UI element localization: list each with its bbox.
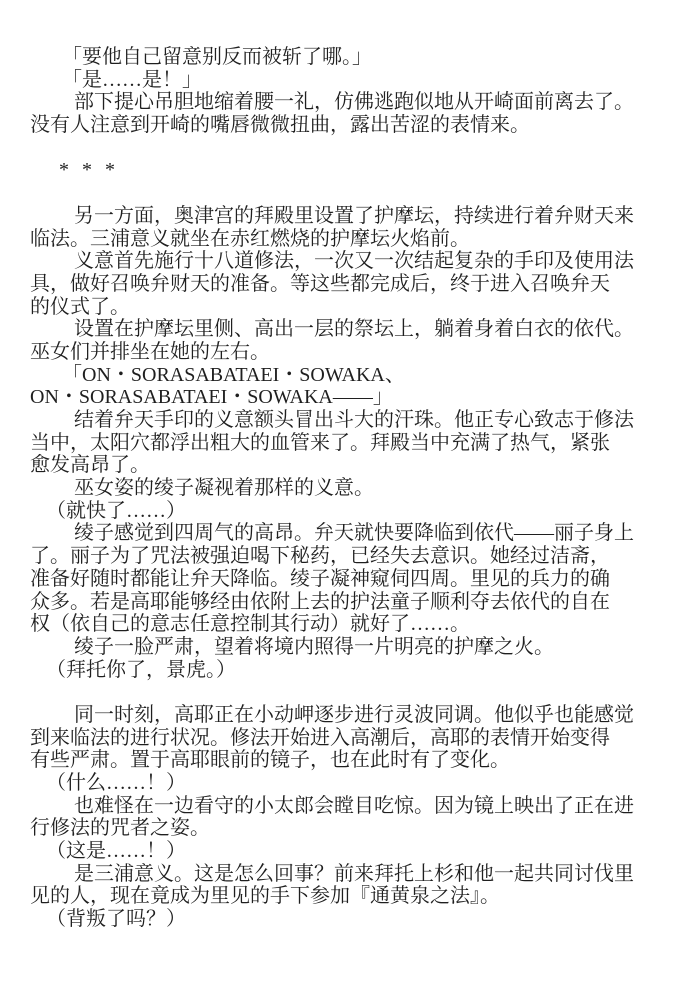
text-line: 见的人，现在竟成为里见的手下参加『通黄泉之法』。 [30, 885, 680, 908]
text-line: 没有人注意到开崎的嘴唇微微扭曲，露出苦涩的表情来。 [30, 114, 680, 137]
text-line: 临法。三浦意义就坐在赤红燃烧的护摩坛火焰前。 [30, 228, 680, 251]
text-block: 「要他自己留意别反而被斩了哪。」「是……是！」部下提心吊胆地缩着腰一礼，仿佛逃跑… [30, 46, 680, 931]
text-line: 愈发高昂了。 [30, 454, 680, 477]
text-line: 部下提心吊胆地缩着腰一礼，仿佛逃跑似地从开崎面前离去了。 [30, 91, 680, 114]
text-line: （拜托你了，景虎。） [30, 659, 680, 682]
text-line: 「是……是！」 [30, 69, 680, 92]
text-line [30, 681, 680, 704]
text-line: 到来临法的进行状况。修法开始进入高潮后，高耶的表情开始变得 [30, 727, 680, 750]
text-line: 众多。若是高耶能够经由依附上去的护法童子顺利夺去依代的自在 [30, 591, 680, 614]
text-line: 绫子感觉到四周气的高昂。弁天就快要降临到依代——丽子身上 [30, 522, 680, 545]
text-line: 具，做好召唤弁财天的准备。等这些都完成后，终于进入召唤弁天 [30, 273, 680, 296]
text-line: 结着弁天手印的义意额头冒出斗大的汗珠。他正专心致志于修法 [30, 409, 680, 432]
text-line: （这是……！） [30, 840, 680, 863]
text-line: （就快了……） [30, 500, 680, 523]
text-line: 另一方面，奥津宫的拜殿里设置了护摩坛，持续进行着弁财天来 [30, 205, 680, 228]
text-line: 绫子一脸严肃，望着将境内照得一片明亮的护摩之火。 [30, 636, 680, 659]
text-line: 巫女们并排坐在她的左右。 [30, 341, 680, 364]
text-line: 行修法的咒者之姿。 [30, 817, 680, 840]
text-line: 权（依自己的意志任意控制其行动）就好了……。 [30, 613, 680, 636]
text-line: 巫女姿的绫子凝视着那样的义意。 [30, 477, 680, 500]
text-line: 是三浦意义。这是怎么回事？前来拜托上杉和他一起共同讨伐里 [30, 863, 680, 886]
text-line: 「要他自己留意别反而被斩了哪。」 [30, 46, 680, 69]
text-line: 了。丽子为了咒法被强迫喝下秘药，已经失去意识。她经过洁斋， [30, 545, 680, 568]
text-line: 的仪式了。 [30, 296, 680, 319]
text-line: 准备好随时都能让弁天降临。绫子凝神窥伺四周。里见的兵力的确 [30, 568, 680, 591]
text-line: （什么……！） [30, 772, 680, 795]
text-line: 有些严肃。置于高耶眼前的镜子，也在此时有了变化。 [30, 749, 680, 772]
section-separator: * * * [30, 159, 680, 182]
text-line: 也难怪在一边看守的小太郎会瞠目吃惊。因为镜上映出了正在进 [30, 795, 680, 818]
text-line: 设置在护摩坛里侧、高出一层的祭坛上，躺着身着白衣的依代。 [30, 318, 680, 341]
text-line: 同一时刻，高耶正在小动岬逐步进行灵波同调。他似乎也能感觉 [30, 704, 680, 727]
text-line: 当中，太阳穴都浮出粗大的血管来了。拜殿当中充满了热气，紧张 [30, 432, 680, 455]
text-line: ON・SORASABATAEI・SOWAKA——」 [30, 386, 680, 409]
text-line [30, 137, 680, 160]
text-line: 「ON・SORASABATAEI・SOWAKA、 [30, 364, 680, 387]
text-line [30, 182, 680, 205]
book-page: 「要他自己留意别反而被斩了哪。」「是……是！」部下提心吊胆地缩着腰一礼，仿佛逃跑… [0, 0, 700, 993]
text-line: （背叛了吗？） [30, 908, 680, 931]
text-line: 义意首先施行十八道修法，一次又一次结起复杂的手印及使用法 [30, 250, 680, 273]
